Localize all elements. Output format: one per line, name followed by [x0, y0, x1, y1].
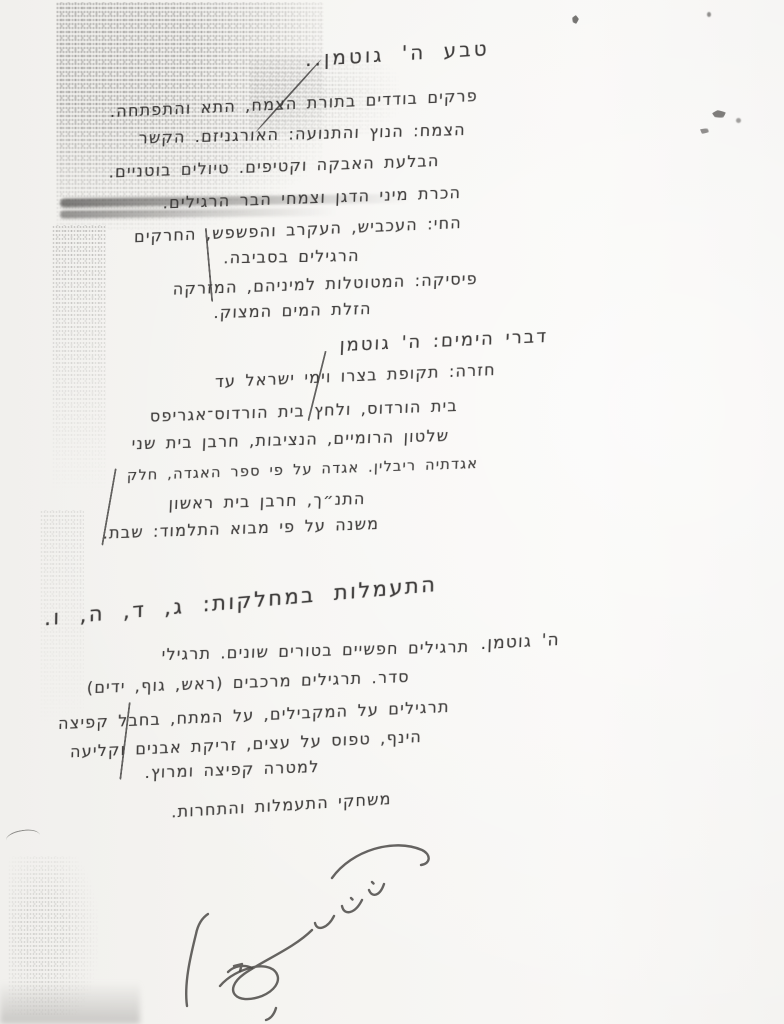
handwritten-line: הרגילים בסביבה.	[223, 246, 360, 267]
handwritten-line: בית הורדוס, ולחץ בית הורדוס־אגריפס	[149, 396, 458, 426]
handwritten-line: הבלעת האבקה וקטיפים. טיולים בוטניים.	[109, 151, 440, 182]
section-heading-gymnastics: התעמלות במחלקות: ג, ד, ה, ו.	[44, 572, 438, 631]
handwritten-line: משחקי התעמלות והתחרות.	[171, 789, 392, 822]
handwritten-line: התנ״ך, חרבן בית ראשון	[168, 489, 366, 513]
ink-speck	[572, 15, 579, 24]
handwritten-line: הזלת המים המצוק.	[213, 299, 372, 322]
bottom-left-shading	[0, 982, 140, 1024]
handwritten-line: פיסיקה: המטוטלות למיניהם, המזרקה	[172, 269, 478, 299]
stray-pen-mark	[5, 827, 41, 847]
handwritten-line: שלטון הרומיים, הנציבות, חרבן בית שני	[132, 426, 450, 453]
ink-speck	[736, 118, 741, 123]
ink-speck	[712, 110, 726, 118]
scanned-document-page: טבע ה' גוטמן.. פרקים בודדים בתורת הצמח, …	[0, 0, 784, 1024]
bottom-left-noise	[8, 856, 98, 1016]
handwritten-line: למטרה קפיצה ומרוץ.	[145, 757, 320, 782]
handwritten-line: הינף, טפוס על עצים, זריקת אבנים וקליעה	[70, 727, 422, 761]
handwritten-line: משנה על פי מבוא התלמוד: שבת.	[103, 514, 380, 543]
ink-speck	[707, 12, 711, 17]
handwritten-line: אגדתיה ריבלין. אגדה על פי ספר האגדה, חלק	[126, 456, 478, 484]
signature	[126, 826, 442, 1024]
left-margin-noise	[52, 225, 106, 525]
handwritten-line: פרקים בודדים בתורת הצמח, התא והתפתחה.	[110, 86, 478, 121]
handwritten-line: הכרת מיני הדגן וצמחי הבר הרגילים.	[163, 183, 462, 212]
handwritten-line: חזרה: תקופת בצרו וימי ישראל עד	[215, 360, 496, 391]
teacher-name-label: ה' גוטמן.	[480, 630, 560, 654]
handwritten-line: תרגילים חפשיים בטורים שונים. תרגילי	[161, 637, 470, 664]
handwritten-line: הצמח: הנוץ והתנועה: האורגניזם. הקשר	[138, 120, 466, 148]
handwritten-line: החי: העכביש, העקרב והפשפש, החרקים	[134, 213, 462, 246]
section-heading-nature: טבע ה' גוטמן..	[305, 36, 490, 71]
handwritten-line: סדר. תרגילים מרכבים (ראש, גוף, ידים)	[86, 667, 410, 697]
section-heading-history: דברי הימים: ה' גוטמן	[339, 326, 548, 356]
ink-speck	[699, 128, 709, 134]
